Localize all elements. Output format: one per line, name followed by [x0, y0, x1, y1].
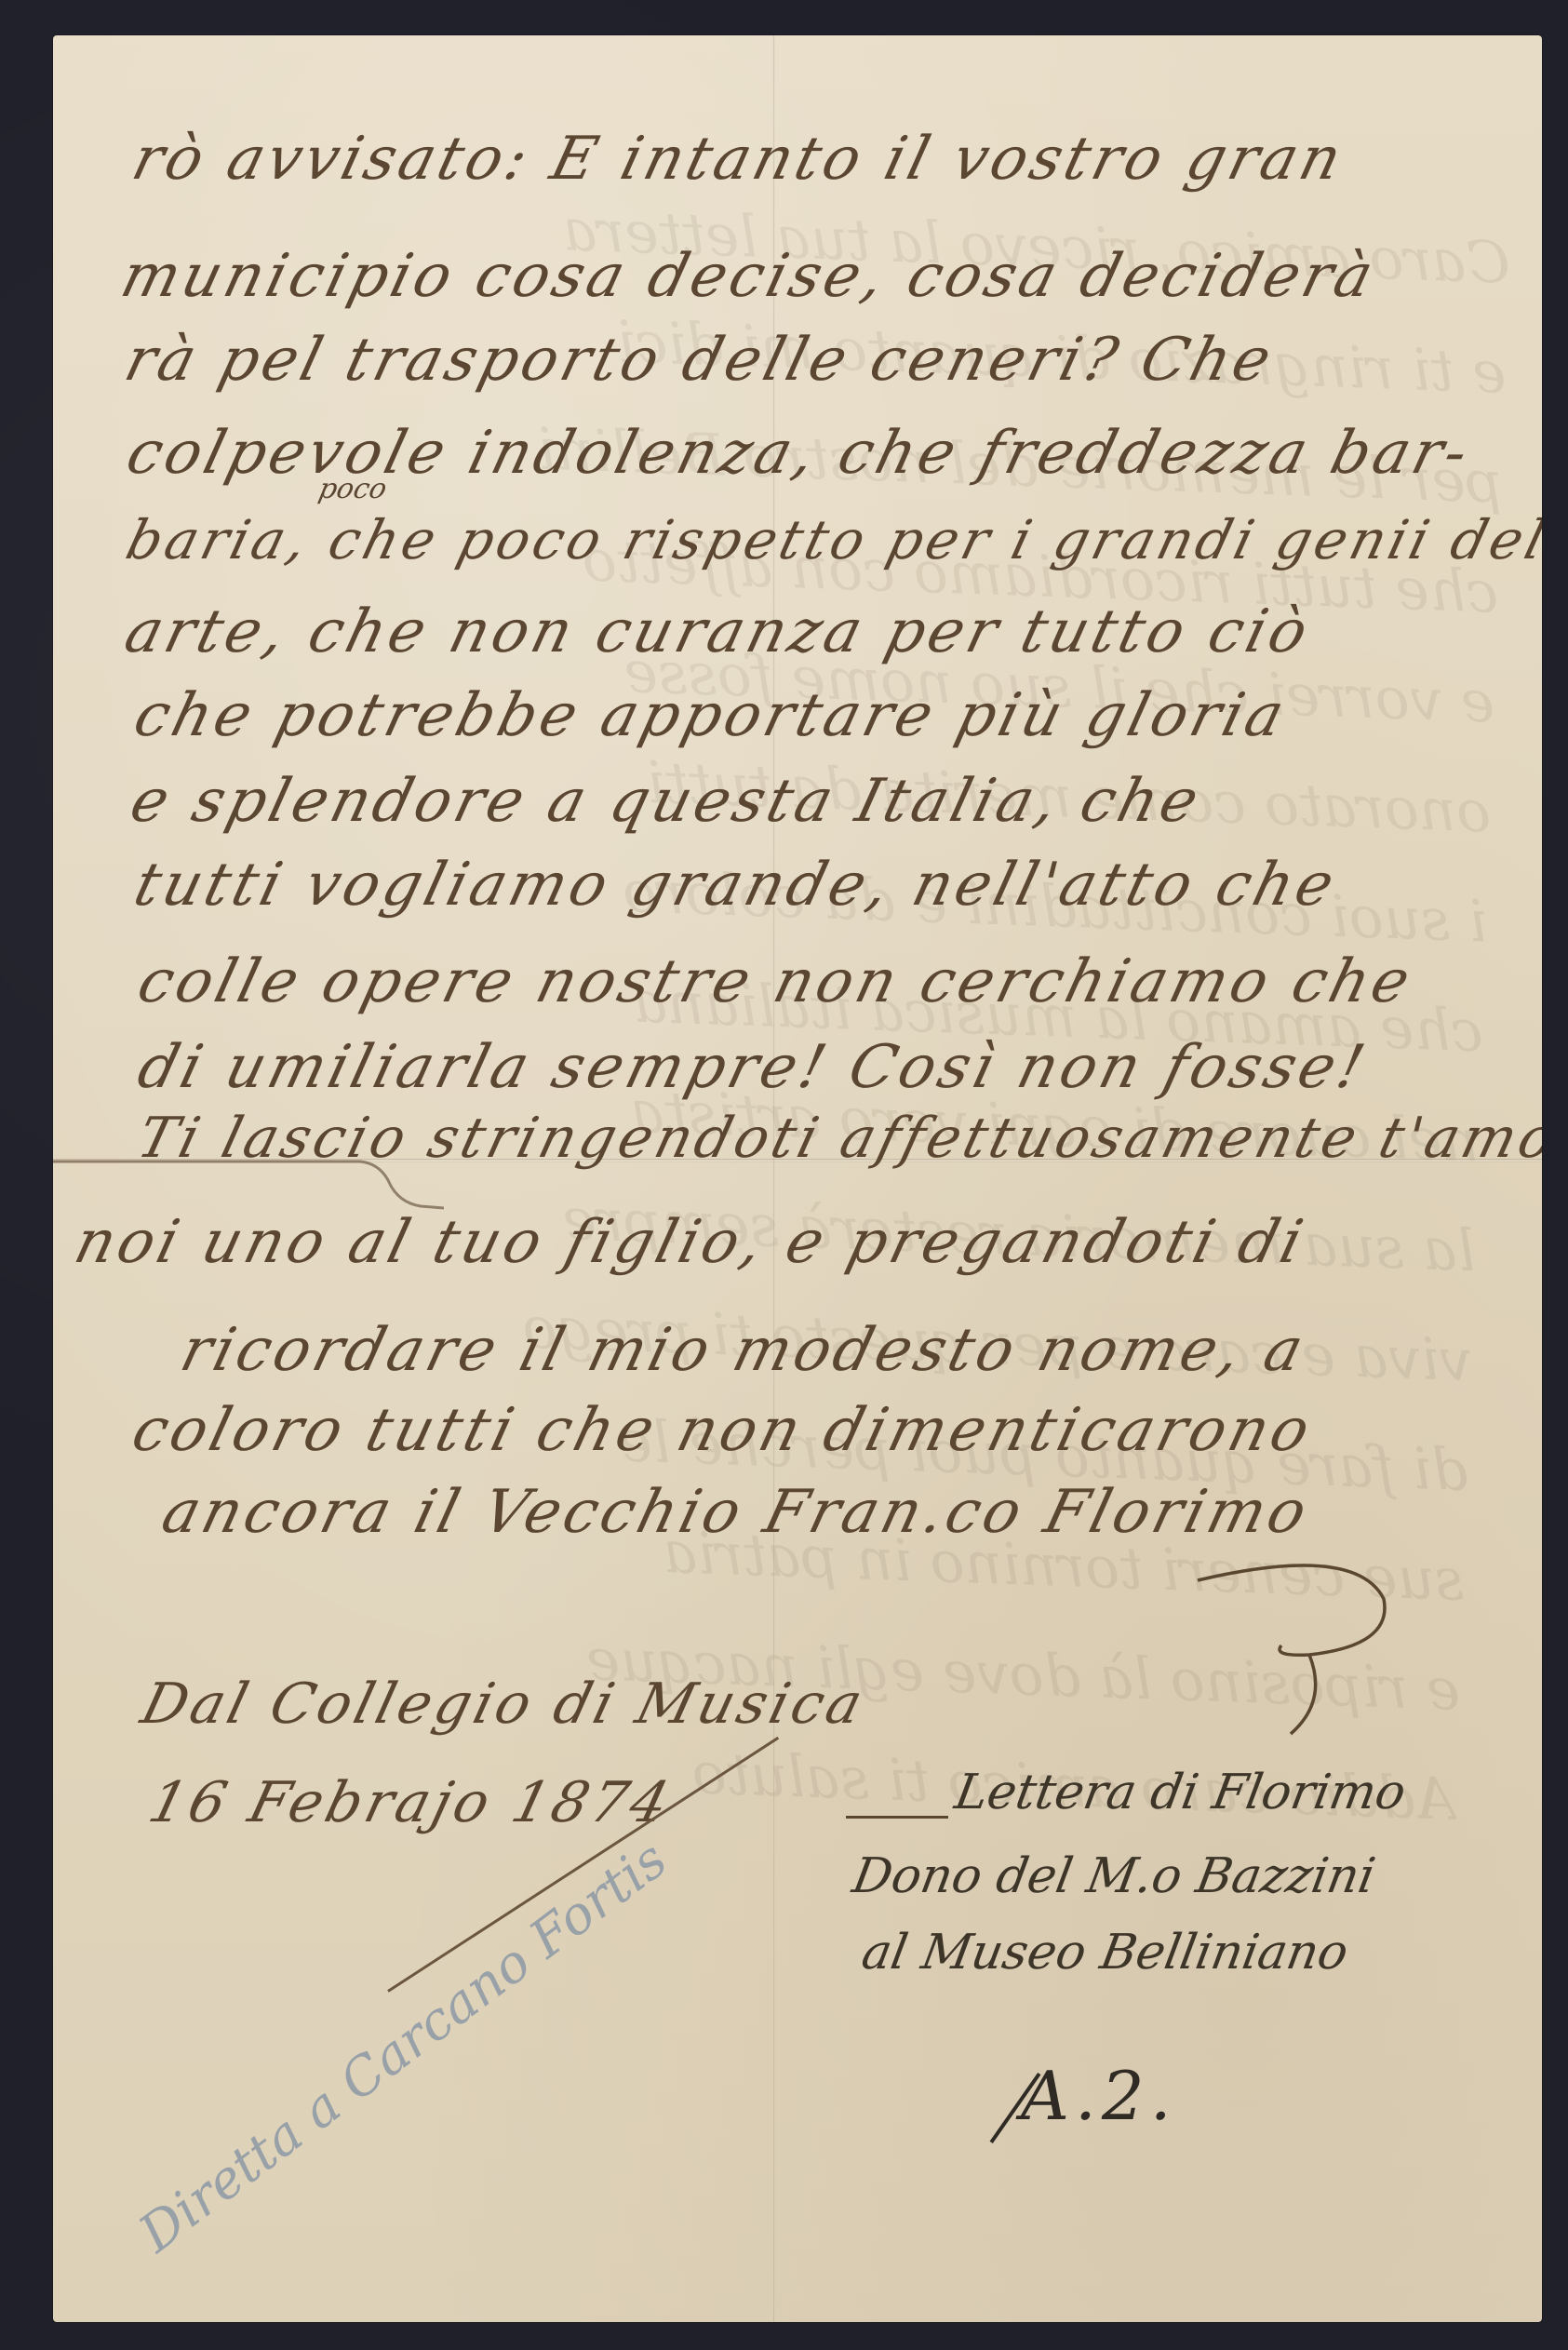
letter-line-9: tutti vogliamo grande, nell'atto che [127, 851, 1344, 920]
shelf-mark-text: A.2. [1021, 2057, 1177, 2135]
letter-line-14: ricordare il mio modesto nome, a [174, 1316, 1313, 1385]
letter-line-13: noi uno al tuo figlio, e pregandoti di [68, 1208, 1313, 1277]
letter-line-12: Ti lascio stringendoti affettuosamente t… [131, 1106, 1542, 1171]
letter-line-3: rà pel trasporto delle ceneri? Che [118, 326, 1281, 395]
archive-note-line-3: al Museo Belliniano [858, 1925, 1353, 1981]
letter-line-7: che potrebbe apportare più gloria [127, 681, 1294, 750]
signature-flourish [1170, 1543, 1412, 1739]
letter-line-8: e splendore a questa Italia, che [124, 767, 1209, 836]
letter-line-1: rò avvisato: E intanto il vostro gran [126, 125, 1351, 194]
letter-page: Caro amico, ricevo la tua lettera e ti r… [53, 35, 1542, 2322]
archive-note-line-2: Dono del M.o Bazzini [849, 1848, 1380, 1904]
interlinear-insert: poco [315, 473, 390, 505]
letter-line-10: colle opere nostre non cerchiamo che [131, 947, 1420, 1016]
letter-line-16-signature: ancora il Vecchio Fran.co Florimo [155, 1478, 1317, 1547]
letter-date: 16 Febrajo 1874 [142, 1770, 678, 1835]
date-dash [846, 1816, 948, 1819]
letter-line-6: arte, che non curanza per tutto ciò [118, 598, 1318, 666]
letter-line-15: coloro tutti che non dimenticarono [126, 1396, 1320, 1465]
letter-line-11: di umiliarla sempre! Così non fosse! [131, 1033, 1374, 1102]
letter-place: Dal Collegio di Musica [135, 1672, 872, 1737]
letter-line-2: municipio cosa decise, cosa deciderà [114, 242, 1383, 311]
letter-line-5: baria, che poco rispetto per i grandi ge… [120, 508, 1542, 571]
shelf-mark: A.2. [1021, 2057, 1177, 2135]
archive-note-line-1: Lettera di Florimo [951, 1765, 1410, 1820]
